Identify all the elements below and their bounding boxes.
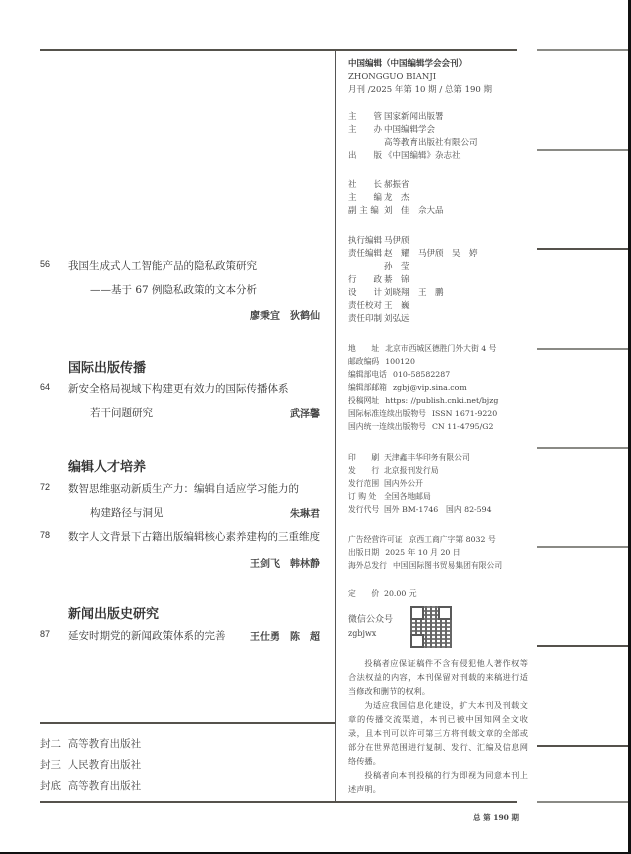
cover-rule — [40, 722, 336, 724]
field-value: ISSN 1671-9220 — [432, 409, 497, 418]
field-value: CN 11-4795/G2 — [432, 422, 493, 431]
field-label: 社 长 — [348, 179, 384, 192]
field-label: 主 编 — [348, 192, 384, 205]
field-label: 地 址 — [348, 342, 379, 356]
field-label: 编辑部邮箱 — [348, 381, 387, 395]
article-author: 武泽馨 — [290, 405, 320, 420]
page-number: 72 — [40, 482, 64, 492]
issue-footer: 总 第 190 期 — [473, 812, 519, 823]
field-label: 编辑部电话 — [348, 368, 387, 382]
page-number: 64 — [40, 382, 64, 392]
field-value: 郝振省 — [384, 180, 410, 190]
field-label: 海外总发行 — [348, 559, 387, 573]
field-value: 20.00 元 — [384, 589, 417, 598]
article-title: 我国生成式人工智能产品的隐私政策研究 — [68, 258, 257, 273]
article-title: 延安时期党的新闻政策体系的完善 — [68, 628, 226, 643]
notice-paragraph: 投稿者应保证稿件不含有侵犯他人著作权等合法权益的内容，本刊保留对刊载的来稿进行适… — [348, 656, 528, 698]
article-subtitle: 构建路径与洞见 — [90, 505, 164, 520]
notice-paragraph: 为适应我国信息化建设，扩大本刊及刊载文章的传播交流渠道，本刊已被中国知网全文收录… — [348, 698, 528, 768]
section-heading: 国际出版传播 — [68, 357, 146, 376]
cover-label: 封二 — [40, 738, 61, 750]
side-rule — [537, 745, 628, 747]
page-number: 87 — [40, 629, 64, 639]
bottom-rule-right — [537, 801, 628, 803]
field-label: 责任印制 — [348, 313, 384, 326]
field-value: 刘 佳 佘大品 — [384, 206, 444, 216]
field-label: 订 购 处 — [348, 490, 384, 504]
page-number: 78 — [40, 530, 64, 540]
field-value: 綦 锦 — [384, 275, 410, 285]
masthead-distribution: 印 刷天津鑫丰华印务有限公司 发 行北京报刊发行局 发行范围国内外公开 订 购 … — [348, 451, 528, 516]
field-value: 京西工商广字第 8032 号 — [409, 535, 496, 544]
toc-entry[interactable]: 78 数字人文背景下古籍出版编辑核心素养建构的三重维度 王剑飞 韩林静 — [40, 529, 320, 571]
field-value: 刘晓翔 王 鹏 — [384, 288, 444, 298]
toc-entry[interactable]: 56 我国生成式人工智能产品的隐私政策研究 ——基于 67 例隐私政策的文本分析… — [40, 258, 320, 324]
article-author: 廖秉宜 狄鹤仙 — [250, 307, 320, 322]
top-rule-right — [537, 49, 628, 51]
side-rule — [537, 546, 628, 548]
article-author: 朱琳君 — [290, 505, 320, 520]
field-value: 国外 BM-1746 国内 82-594 — [384, 505, 492, 514]
section-heading: 新闻出版史研究 — [68, 603, 159, 622]
bottom-rule — [40, 801, 517, 803]
masthead-leaders: 社 长郝振省 主 编龙 杰 副 主 编刘 佳 佘大品 — [348, 179, 528, 218]
field-value: 国内外公开 — [384, 479, 423, 488]
cover-value: 人民教育出版社 — [68, 759, 142, 771]
masthead-contact: 地 址北京市西城区德胜门外大街 4 号 邮政编码100120 编辑部电话010-… — [348, 342, 528, 433]
field-value: 北京市西城区德胜门外大街 4 号 — [385, 344, 496, 353]
side-rule — [537, 447, 628, 449]
field-value: 赵 耀 马伊颀 吴 婷 — [384, 249, 478, 259]
masthead-org: 主 管国家新闻出版署 主 办中国编辑学会 高等教育出版社有限公司 出 版《中国编… — [348, 111, 528, 163]
field-value: 高等教育出版社有限公司 — [384, 138, 478, 148]
article-author: 王仕勇 陈 超 — [250, 628, 320, 643]
masthead-price: 定 价20.00 元 — [348, 587, 528, 600]
masthead-license: 广告经营许可证京西工商广字第 8032 号 出版日期2025 年 10 月 20… — [348, 533, 528, 572]
field-label: 发行代号 — [348, 503, 384, 517]
journal-title: 中国编辑（中国编辑学会会刊） — [348, 58, 528, 71]
masthead-header: 中国编辑（中国编辑学会会刊） ZHONGGUO BIANJI 月刊 /2025 … — [348, 58, 528, 97]
cover-value: 高等教育出版社 — [68, 780, 142, 792]
field-label: 执行编辑 — [348, 235, 384, 248]
field-label: 邮政编码 — [348, 355, 379, 369]
field-value: 全国各地邮局 — [384, 492, 431, 501]
field-label: 出 版 — [348, 150, 384, 163]
masthead-staff: 执行编辑马伊颀 责任编辑赵 耀 马伊颀 吴 婷 孙 莹 行 政綦 锦 设 计刘晓… — [348, 235, 528, 326]
notice-paragraph: 投稿者向本刊投稿的行为即视为同意本刊上述声明。 — [348, 768, 528, 796]
side-rule — [537, 348, 628, 350]
field-value: 2025 年 10 月 20 日 — [385, 548, 460, 557]
field-value: 龙 杰 — [384, 193, 410, 203]
qr-code-icon[interactable] — [410, 606, 452, 648]
article-title: 数智思维驱动新质生产力：编辑自适应学习能力的 — [68, 481, 299, 496]
field-value: 《中国编辑》杂志社 — [384, 151, 461, 161]
article-subtitle: ——基于 67 例隐私政策的文本分析 — [90, 282, 257, 297]
field-value: 中国编辑学会 — [384, 125, 435, 135]
notice-text: 投稿者应保证稿件不含有侵犯他人著作权等合法权益的内容，本刊保留对刊载的来稿进行适… — [348, 656, 528, 796]
field-label: 行 政 — [348, 274, 384, 287]
cover-label: 封底 — [40, 780, 61, 792]
side-rule — [537, 149, 628, 151]
field-value: 国家新闻出版署 — [384, 112, 444, 122]
field-label: 发 行 — [348, 464, 384, 478]
field-value: 王 巍 — [384, 301, 410, 311]
field-value: 马伊颀 — [384, 236, 410, 246]
cover-ad: 封二 高等教育出版社 — [40, 736, 141, 751]
field-value: 孙 莹 — [384, 262, 410, 272]
column-divider — [335, 51, 336, 801]
field-label: 设 计 — [348, 287, 384, 300]
field-label: 定 价 — [348, 587, 384, 600]
field-value: 刘弘远 — [384, 314, 410, 324]
cover-value: 高等教育出版社 — [68, 738, 142, 750]
field-label: 发行范围 — [348, 477, 384, 491]
field-value: 中国国际图书贸易集团有限公司 — [393, 561, 502, 570]
field-label: 主 办 — [348, 124, 384, 137]
article-author: 王剑飞 韩林静 — [250, 555, 320, 570]
toc-entry[interactable]: 72 数智思维驱动新质生产力：编辑自适应学习能力的 构建路径与洞见 朱琳君 — [40, 481, 320, 523]
email-link[interactable]: zgbj@vip.sina.com — [393, 383, 467, 392]
field-label: 出版日期 — [348, 546, 379, 560]
field-label: 主 管 — [348, 111, 384, 124]
field-label: 国际标准连续出版物号 — [348, 407, 426, 421]
article-subtitle: 若干问题研究 — [90, 405, 153, 420]
field-label: 广告经营许可证 — [348, 533, 403, 547]
page-number: 56 — [40, 259, 64, 269]
field-value: 北京报刊发行局 — [384, 466, 439, 475]
article-title: 数字人文背景下古籍出版编辑核心素养建构的三重维度 — [68, 529, 320, 544]
field-value: 天津鑫丰华印务有限公司 — [384, 453, 470, 462]
side-rule — [537, 645, 628, 647]
top-rule — [40, 49, 517, 51]
field-label: 国内统一连续出版物号 — [348, 420, 426, 434]
field-label: 责任校对 — [348, 300, 384, 313]
journal-issue: 月刊 /2025 年第 10 期 / 总第 190 期 — [348, 84, 528, 97]
section-heading: 编辑人才培养 — [68, 456, 146, 475]
toc-entry[interactable]: 87 延安时期党的新闻政策体系的完善 王仕勇 陈 超 — [40, 628, 320, 644]
field-label: 责任编辑 — [348, 248, 384, 261]
field-label: 副 主 编 — [348, 205, 384, 218]
field-label: 印 刷 — [348, 451, 384, 465]
field-label: 投稿网址 — [348, 394, 379, 408]
toc-entry[interactable]: 64 新安全格局视域下构建更有效力的国际传播体系 若干问题研究 武泽馨 — [40, 381, 320, 423]
cover-ad: 封三 人民教育出版社 — [40, 757, 141, 772]
article-title: 新安全格局视域下构建更有效力的国际传播体系 — [68, 381, 289, 396]
field-value: 100120 — [385, 357, 415, 366]
cover-label: 封三 — [40, 759, 61, 771]
field-value: 010-58582287 — [393, 370, 450, 379]
side-rule — [537, 248, 628, 250]
cover-ad: 封底 高等教育出版社 — [40, 778, 141, 793]
journal-pinyin: ZHONGGUO BIANJI — [348, 71, 528, 84]
submission-url-link[interactable]: https: //publish.cnki.net/bjzg — [385, 396, 498, 405]
